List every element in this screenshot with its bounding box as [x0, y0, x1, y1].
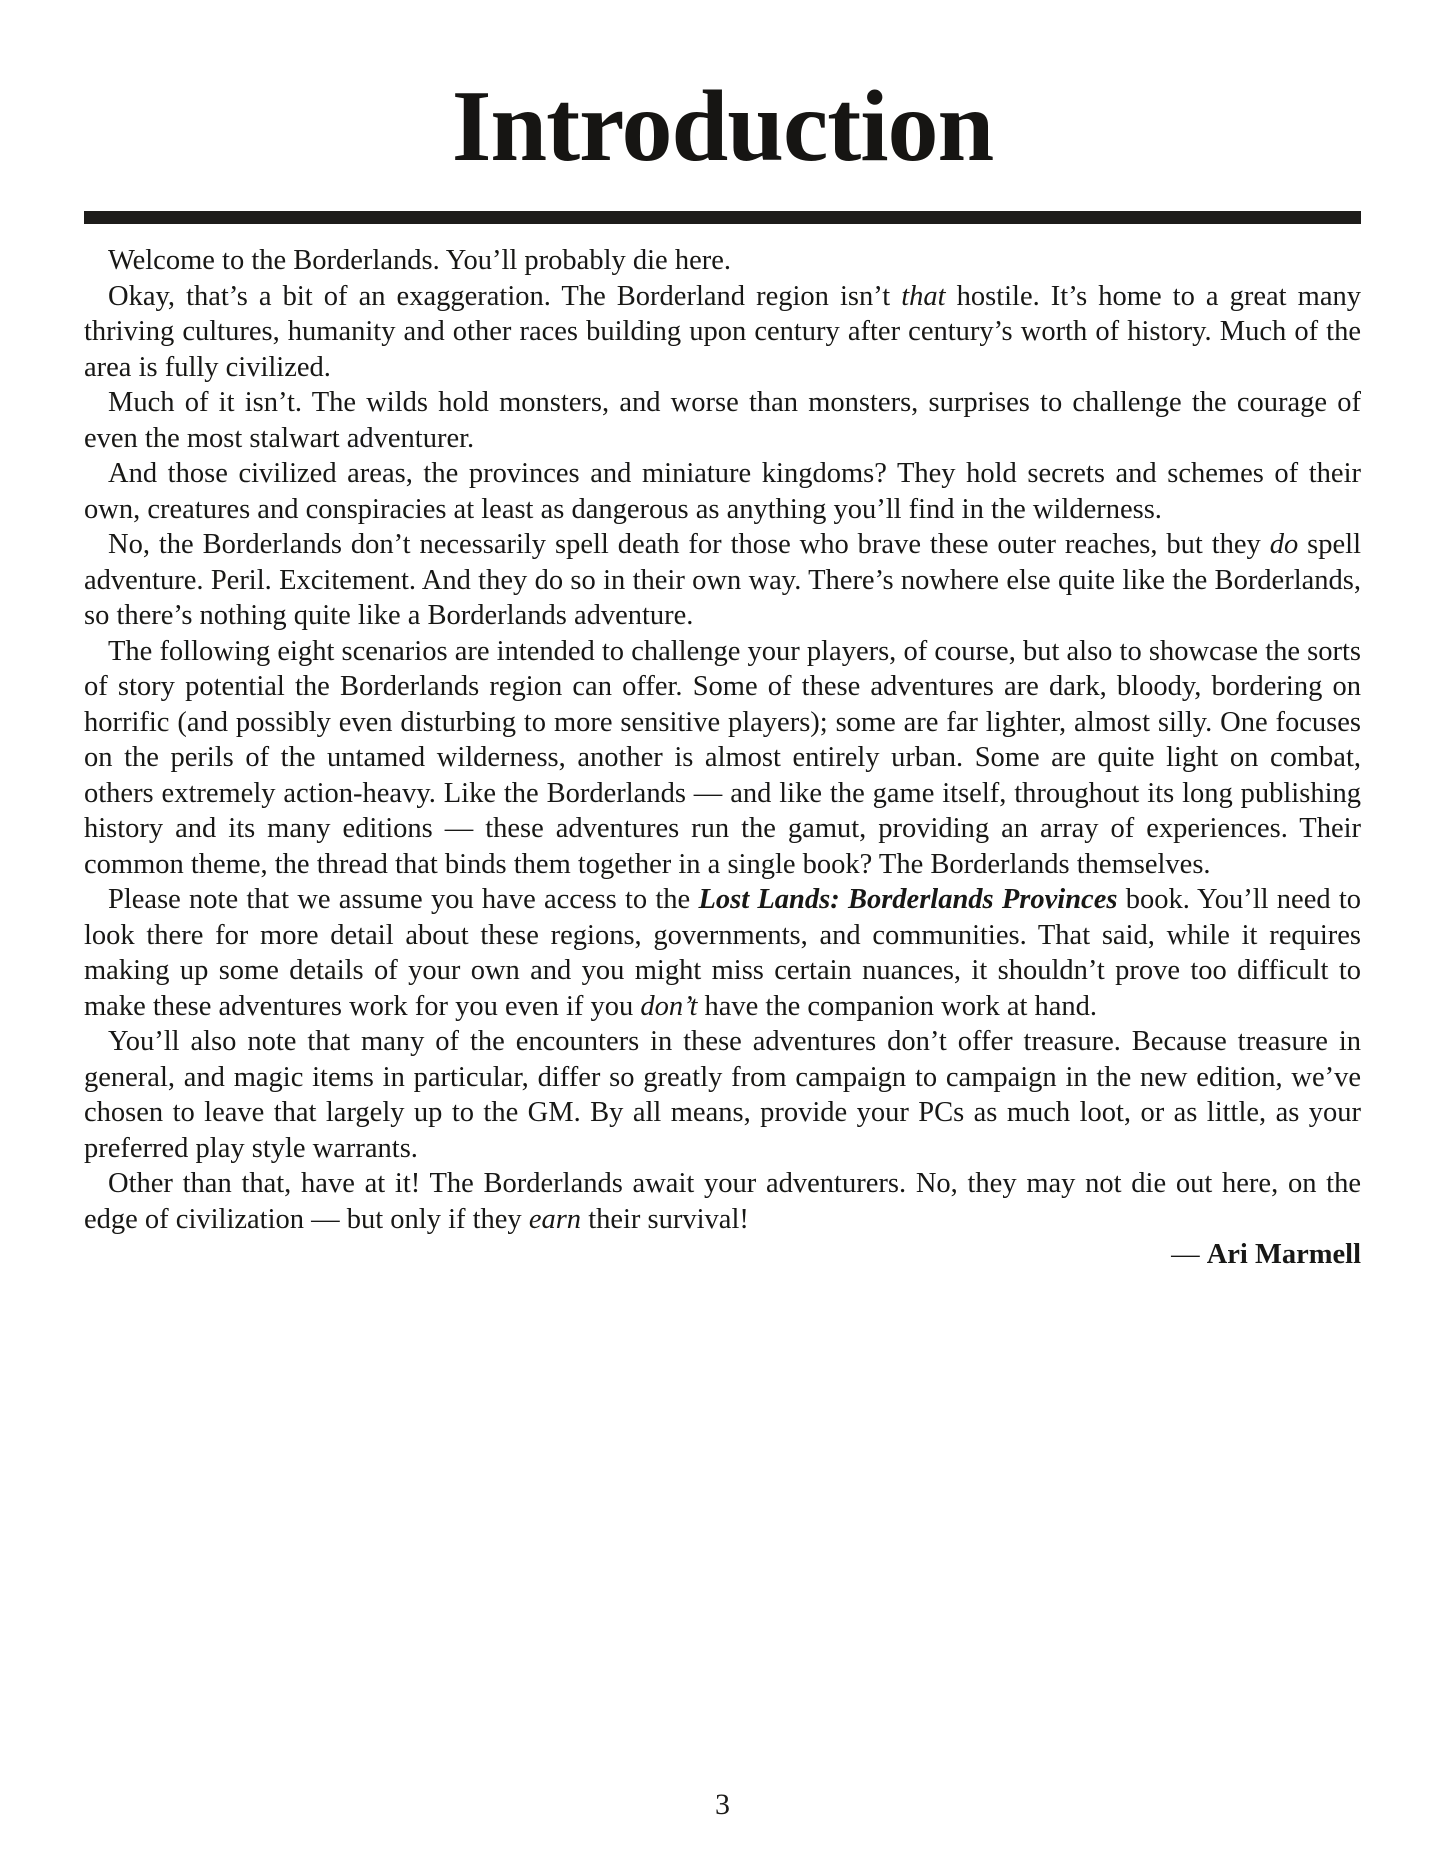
- text-run: Much of it isn’t. The wilds hold monster…: [84, 387, 1361, 454]
- paragraph: The following eight scenarios are intend…: [84, 634, 1361, 883]
- paragraph: Welcome to the Borderlands. You’ll proba…: [84, 243, 1361, 279]
- author-name: Ari Marmell: [1207, 1239, 1361, 1270]
- paragraph: No, the Borderlands don’t necessarily sp…: [84, 527, 1361, 634]
- page-title: Introduction: [0, 0, 1445, 178]
- text-run: You’ll also note that many of the encoun…: [84, 1026, 1361, 1164]
- attribution-line: — Ari Marmell: [84, 1237, 1361, 1273]
- paragraph: Much of it isn’t. The wilds hold monster…: [84, 385, 1361, 456]
- text-run: And those civilized areas, the provinces…: [84, 458, 1361, 525]
- paragraph: You’ll also note that many of the encoun…: [84, 1024, 1361, 1166]
- text-run: No, the Borderlands don’t necessarily sp…: [108, 529, 1270, 560]
- text-run: have the companion work at hand.: [697, 991, 1097, 1022]
- text-run: do: [1270, 529, 1299, 560]
- text-run: don’t: [640, 991, 697, 1022]
- body-text: Welcome to the Borderlands. You’ll proba…: [84, 243, 1361, 1237]
- text-run: earn: [529, 1204, 581, 1235]
- document-page: Introduction Welcome to the Borderlands.…: [0, 0, 1445, 1870]
- text-run: Lost Lands: Borderlands Provinces: [698, 884, 1117, 915]
- paragraph: Please note that we assume you have acce…: [84, 882, 1361, 1024]
- text-run: Welcome to the Borderlands. You’ll proba…: [108, 245, 731, 276]
- text-run: Please note that we assume you have acce…: [108, 884, 698, 915]
- text-run: that: [901, 281, 945, 312]
- text-run: The following eight scenarios are intend…: [84, 636, 1361, 880]
- paragraph: And those civilized areas, the provinces…: [84, 456, 1361, 527]
- attribution-dash: —: [1171, 1239, 1207, 1270]
- title-divider-rule: [84, 211, 1361, 224]
- text-run: their survival!: [581, 1204, 749, 1235]
- text-run: Okay, that’s a bit of an exaggeration. T…: [108, 281, 901, 312]
- page-number: 3: [0, 1790, 1445, 1820]
- paragraph: Other than that, have at it! The Borderl…: [84, 1166, 1361, 1237]
- paragraph: Okay, that’s a bit of an exaggeration. T…: [84, 279, 1361, 386]
